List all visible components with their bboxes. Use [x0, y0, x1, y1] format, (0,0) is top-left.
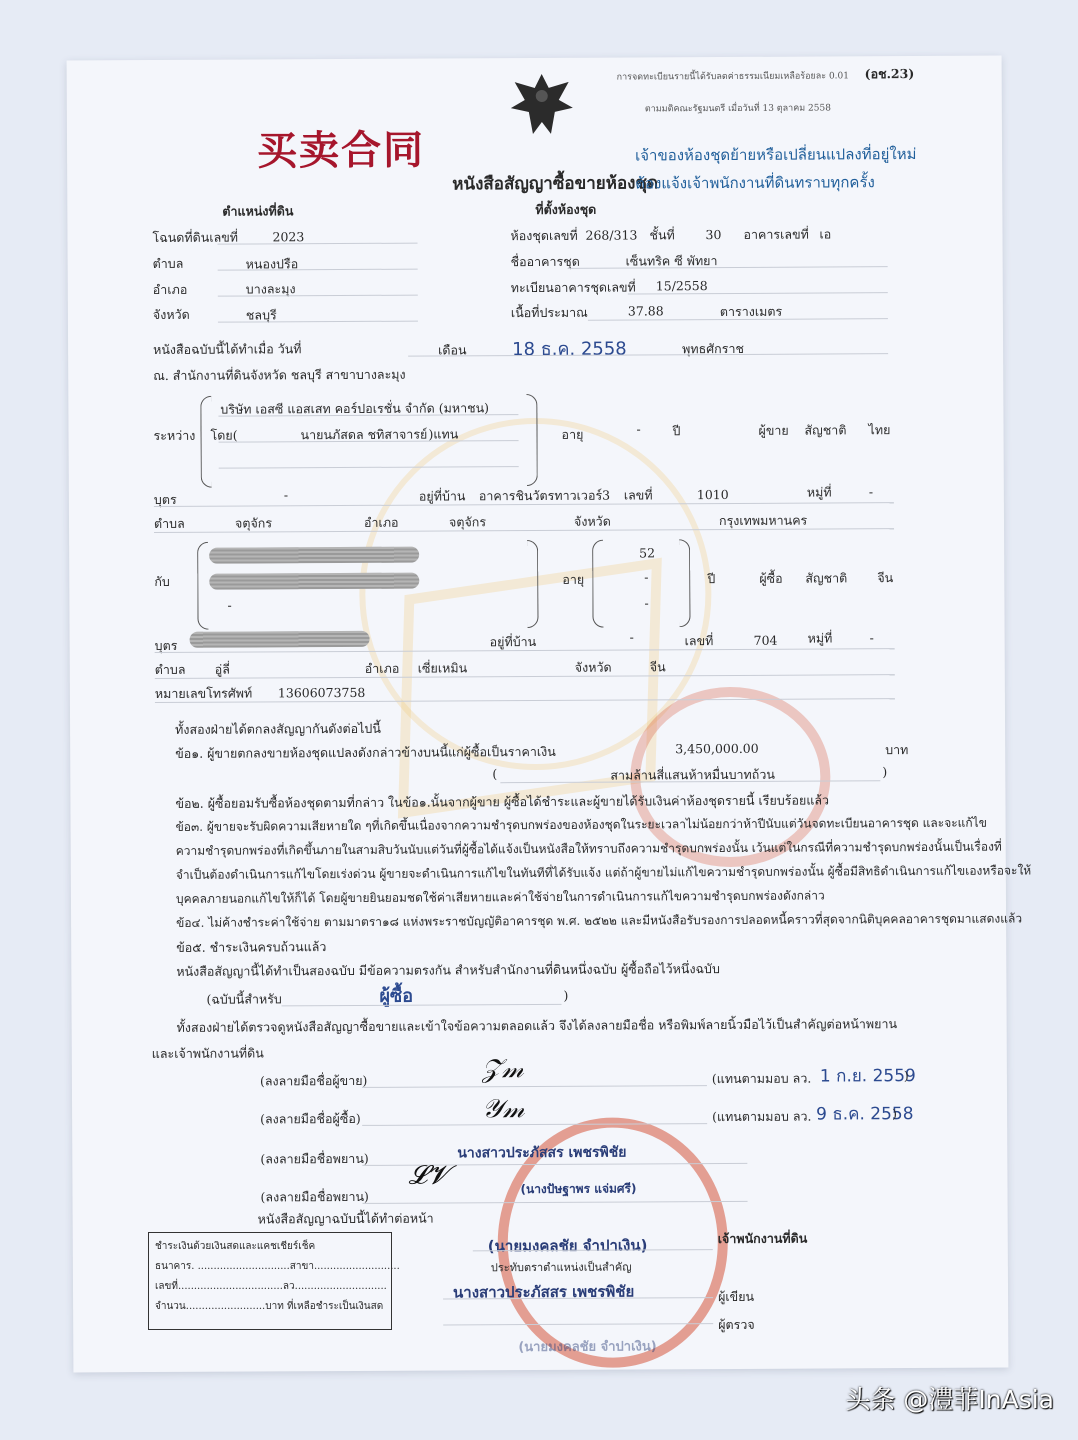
cash-box-amount: จำนวน.........................บาท ที่เหล…: [155, 1299, 383, 1314]
clause-5: ข้อ๕. ชำระเงินครบถ้วนแล้ว: [176, 937, 326, 958]
branch-label: สาขา: [290, 1261, 314, 1272]
seller-signature: 𝒵𝓂: [482, 1054, 524, 1085]
seller-nationality: ไทย: [868, 420, 890, 440]
seller-moo-label: หมู่ที่: [807, 482, 832, 502]
writer-role: ผู้เขียน: [718, 1287, 754, 1307]
seller-by-prefix: โดย(: [210, 426, 237, 446]
seller-role: ผู้ขาย: [758, 421, 788, 441]
seller-poa-paren: ): [904, 1068, 909, 1083]
land-office: ณ. สำนักงานที่ดินจังหวัด ชลบุรี สาขาบางล…: [153, 365, 406, 386]
seller-nationality-label: สัญชาติ: [804, 420, 846, 440]
buddhist-era-label: พุทธศักราช: [682, 339, 744, 359]
registration-label: ทะเบียนอาคารชุดเลขที่: [511, 277, 636, 298]
cash-box-title: ชำระเงินด้วยเงินสดและแคชเชียร์เช็ค: [155, 1239, 315, 1254]
clause-3-line-4: บุคคลภายนอกแก้ไขให้ก็ได้ โดยผู้ขายยินยอม…: [176, 886, 825, 908]
seller-poa-date: 1 ก.ย. 2559: [820, 1062, 916, 1090]
officer-role: เจ้าพนักงานที่ดิน: [718, 1229, 808, 1249]
land-location-heading: ตำแหน่งที่ดิน: [222, 201, 293, 221]
buyer-signature-label: (ลงลายมือชื่อผู้ซื้อ): [260, 1109, 361, 1130]
cabinet-note: ตามมติคณะรัฐมนตรี เมื่อวันที่ 13 ตุลาคม …: [645, 100, 831, 115]
buyer-moo-label: หมู่ที่: [808, 628, 833, 648]
clause-4: ข้อ๔. ไม่ค้างชำระค่าใช้จ่าย ตามมาตรา๑๘ แ…: [176, 909, 1022, 932]
clause-2: ข้อ๒. ผู้ซื้อยอมรับซื้อห้องชุดตามที่กล่า…: [175, 790, 829, 813]
buyer-poa-note: (แทนตามมอบ ลว.: [712, 1107, 812, 1128]
unit-no-value: 268/313: [585, 227, 637, 242]
seal-note: ประทับตราตำแหน่งเป็นสำคัญ: [491, 1258, 632, 1277]
checker-name: (นายมงคลชัย จำปาเงิน): [518, 1335, 656, 1357]
buyer-poa-date: 9 ธ.ค. 2558: [816, 1100, 914, 1128]
witness-1-name: นางสาวประภัสสร เพชรพิชัย: [457, 1142, 626, 1165]
land-tambon-value: หนองปรือ: [246, 254, 299, 274]
floor-label: ชั้นที่: [649, 225, 674, 245]
currency-label: บาท: [885, 740, 908, 760]
with-label: กับ: [154, 572, 170, 592]
seller-house-no: 1010: [697, 487, 729, 502]
witness-2-label: (ลงลายมือชื่อพยาน): [260, 1187, 368, 1208]
witness-1-label: (ลงลายมือชื่อพยาน): [260, 1149, 368, 1170]
building-value: เอ: [819, 224, 831, 244]
clause-3-line-1: ข้อ๓. ผู้ขายจะรับผิดความเสียหายใด ๆที่เก…: [176, 814, 987, 837]
seller-poa-note: (แทนตามมอบ ลว.: [712, 1069, 812, 1090]
garuda-emblem: [507, 70, 577, 140]
source-watermark: 头条 @澧菲InAsia: [845, 1380, 1054, 1416]
made-before-label: หนังสือสัญญาฉบับนี้ได้ทำต่อหน้า: [258, 1209, 434, 1230]
seller-child: -: [284, 487, 288, 502]
amount-label: จำนวน: [155, 1301, 186, 1312]
land-tambon-label: ตำบล: [153, 254, 184, 274]
form-code: (อช.23): [865, 64, 915, 84]
copy-for-label: (ฉบับนี้สำหรับ: [206, 989, 281, 1009]
witness-2-signature: 𝓛𝓥: [408, 1160, 449, 1191]
buyer-age-1: 52: [639, 545, 655, 560]
buyer-phone: 13606073758: [278, 685, 366, 700]
address-change-stamp-line1: เจ้าของห้องชุดย้ายหรือเปลี่ยนแปลงที่อยู่…: [635, 142, 917, 167]
officer-name: (นายมงคลชัย จำปาเงิน): [488, 1233, 648, 1258]
amount-suffix: บาท ที่เหลือชำระเป็นเงินสด: [265, 1301, 383, 1312]
review-line-2: และเจ้าพนักงานที่ดิน: [152, 1043, 264, 1064]
area-value: 37.88: [628, 303, 664, 318]
contract-date: 18 ธ.ค. 2558: [512, 334, 627, 364]
buyer-age-2: -: [644, 569, 648, 584]
buyer-nationality: จีน: [877, 568, 893, 588]
buyer-third-name: -: [227, 598, 231, 613]
cheque-date-label: ลว.: [283, 1281, 298, 1292]
area-label: เนื้อที่ประมาณ: [511, 303, 588, 323]
building-name-label: ชื่ออาคารชุด: [511, 252, 580, 272]
land-province-label: จังหวัด: [153, 305, 190, 325]
document-title: หนังสือสัญญาซื้อขายห้องชุด: [452, 169, 658, 197]
buyer-nationality-label: สัญชาติ: [805, 568, 847, 588]
sale-price: 3,450,000.00: [675, 741, 759, 756]
contract-paper: 买卖合同 การจดทะเบียนรายนี้ได้รับลดค่าธรรมเน…: [67, 56, 1009, 1373]
clause-3-line-2: ความชำรุดบกพร่องที่เกิดขึ้นภายในสามสิบวั…: [176, 838, 1002, 861]
cash-box-number: เลขที่.................................ล…: [155, 1279, 387, 1294]
writer-name: นางสาวประภัสสร เพชรพิชัย: [453, 1280, 634, 1305]
registration-value: 15/2558: [656, 278, 708, 293]
land-deed-value: 2023: [272, 229, 304, 244]
redacted-buyer-parent: [190, 631, 370, 648]
buyer-age-3: -: [644, 595, 648, 610]
fee-note: การจดทะเบียนรายนี้ได้รับลดค่าธรรมเนียมเห…: [617, 68, 849, 83]
buyer-moo: -: [870, 630, 874, 645]
between-label: ระหว่าง: [153, 426, 195, 446]
witness-2-name: (นางปัษฐาพร แจ่มศรี): [520, 1179, 636, 1199]
seller-age-label: อายุ: [561, 425, 583, 445]
copy-paren-close: ): [563, 988, 568, 1003]
building-label: อาคารเลขที่: [743, 225, 808, 245]
land-deed-label: โฉนดที่ดินเลขที่: [152, 228, 238, 248]
buyer-address: -: [630, 629, 634, 644]
buyer-age-label: อายุ: [562, 570, 584, 590]
clause-3-line-3: จำเป็นต้องดำเนินการแก้ไขโดยเร่งด่วน ผู้ข…: [176, 861, 1031, 884]
buyer-role: ผู้ซื้อ: [759, 569, 782, 589]
unit-no-label: ห้องชุดเลขที่: [510, 226, 577, 246]
cash-payment-box: ชำระเงินด้วยเงินสดและแคชเชียร์เช็ค ธนาคา…: [148, 1232, 392, 1330]
paren-open: (: [492, 766, 497, 781]
paren-close: ): [882, 764, 887, 779]
cash-box-bank: ธนาคาร. .............................สาข…: [155, 1259, 400, 1274]
floor-value: 30: [705, 227, 721, 242]
checker-role: ผู้ตรวจ: [718, 1315, 755, 1335]
land-amphoe-label: อำเภอ: [153, 280, 188, 300]
month-label: เดือน: [438, 340, 467, 360]
bank-label: ธนาคาร: [155, 1261, 191, 1272]
seller-moo: -: [869, 484, 873, 499]
review-line-1: ทั้งสองฝ่ายได้ตรวจดูหนังสือสัญญาซื้อขายแ…: [177, 1014, 897, 1038]
copies-statement: หนังสือสัญญานี้ได้ทำเป็นสองฉบับ มีข้อควา…: [176, 959, 720, 982]
terms-intro: ทั้งสองฝ่ายได้ตกลงสัญญากันดังต่อไปนี้: [175, 719, 381, 740]
seller-age: -: [636, 421, 640, 436]
buyer-poa-paren: ): [892, 1106, 897, 1121]
address-change-stamp-line2: ต้องแจ้งเจ้าพนักงานที่ดินทราบทุกครั้ง: [635, 170, 875, 195]
redacted-buyer-name-2: [209, 573, 419, 590]
cheque-no-label: เลขที่: [155, 1281, 178, 1292]
buyer-house-no: 704: [754, 633, 778, 648]
unit-location-heading: ที่ตั้งห้องชุด: [535, 200, 596, 220]
date-label: หนังสือฉบับนี้ได้ทำเมื่อ วันที่: [153, 339, 302, 360]
chinese-title-overlay: 买卖合同: [257, 119, 425, 177]
buyer-year-label: ปี: [707, 569, 715, 589]
seller-year-label: ปี: [672, 421, 680, 441]
buyer-signature: 𝒴𝓂: [482, 1094, 525, 1125]
seller-signature-label: (ลงลายมือชื่อผู้ขาย): [260, 1071, 368, 1092]
redacted-buyer-name-1: [209, 547, 419, 564]
clause-1: ข้อ๑. ผู้ขายตกลงขายห้องชุดแปลงดังกล่าวข้…: [175, 742, 556, 764]
